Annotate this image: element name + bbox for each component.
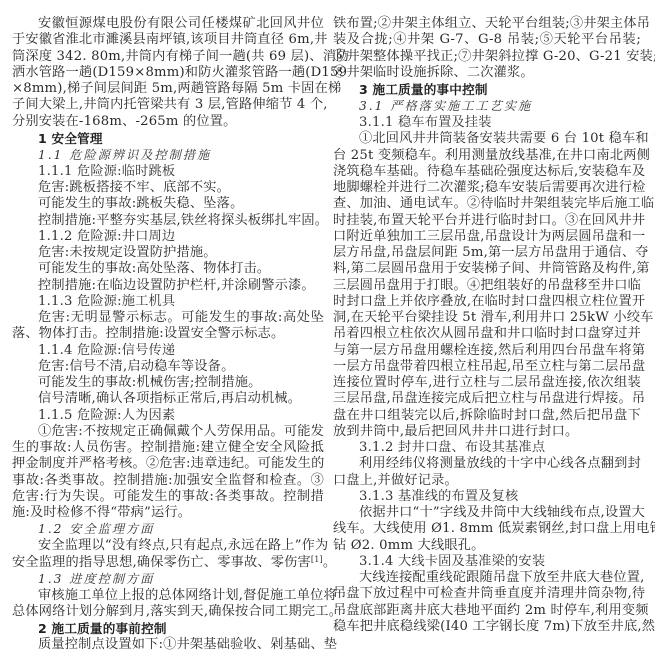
left-column: 安徽恒源煤电股份有限公司任楼煤矿北回风井位 于安徽省淮北市濉溪县南坪镇,该项目井… — [12, 16, 324, 654]
paragraph-line: 放到井筒中,最后把回风井井口进行封口。 — [333, 424, 641, 440]
paragraph-line: 查、加油、通电试车。②待临时井架组装完毕后施工临 — [333, 196, 641, 212]
subsubsection-heading: 1.1.4 危险源:信号传递 — [12, 343, 324, 359]
paragraph-line: 地脚螺栓并进行二次灌浆;稳车安装后需要再次进行检 — [333, 180, 641, 196]
paragraph-line: 口附近单独加工三层吊盘,吊盘设计为两层圆吊盘和一 — [333, 229, 641, 245]
subsection-heading: 1.2 安全监理方面 — [12, 521, 324, 538]
subsubsection-heading: 1.1.5 危险源:人为因素 — [12, 408, 324, 424]
paragraph-line: ⑧井架临时设施拆除、二次灌浆。 — [333, 65, 641, 81]
subsection-heading: 1.1 危险源辨识及控制措施 — [12, 147, 324, 164]
subsubsection-heading: 3.1.2 封井口盘、布设其基准点 — [333, 440, 641, 456]
subsubsection-heading: 3.1.1 稳车布置及挂装 — [333, 115, 641, 131]
paragraph-line: 装及合拢;④井架 G-7、G-8 吊装;⑤天轮平台吊装; — [333, 32, 641, 48]
citation-ref[interactable]: [1] — [311, 555, 323, 564]
paragraph-line: 稳车把井底稳线梁(I40 工字钢长度 7m)下放至井底,然 — [333, 619, 641, 635]
paragraph-line: 危害:未按规定设置防护措施。 — [12, 245, 324, 261]
paragraph-line: 安徽恒源煤电股份有限公司任楼煤矿北回风井位 — [12, 16, 324, 32]
paragraph-line: 押金制度并严格考核。②危害:违章违纪。可能发生的 — [12, 456, 324, 472]
paragraph-line: 施:及时检修不得“带病”运行。 — [12, 505, 324, 521]
paragraph-line: 危害:行为失误。可能发生的事故:各类事故。控制措 — [12, 489, 324, 505]
paragraph-line: 危害:无明显警示标志。可能发生的事故:高处坠 — [12, 310, 324, 326]
paragraph-line: 可能发生的事故:高处坠落、物体打击。 — [12, 261, 324, 277]
paragraph-line: ×8mm),梯子间层间距 5m,两趟管路每隔 5m 卡固在梯 — [12, 81, 324, 97]
paragraph-line: 落、物体打击。控制措施:设置安全警示标志。 — [12, 326, 324, 342]
paragraph-line: 大线连接配重线砣跟随吊盘下放至井底大巷位置, — [333, 570, 641, 586]
paragraph-line: 可能发生的事故:机械伤害;控制措施。 — [12, 375, 324, 391]
subsubsection-heading: 1.1.1 危险源:临时跳板 — [12, 164, 324, 180]
paragraph-line: 危害:信号不清,启动稳车等设备。 — [12, 359, 324, 375]
paragraph-line: 可能发生的事故:跳板失稳、坠落。 — [12, 196, 324, 212]
paragraph-line: 铁布置;②井架主体组立、天轮平台组装;③井架主体吊 — [333, 16, 641, 32]
paragraph-line: ①北回风井井筒装备安装共需要 6 台 10t 稳车和 1 — [333, 131, 641, 147]
paragraph-line: 信号清晰,确认各项指标正常后,再启动机械。 — [12, 391, 324, 407]
paragraph-line: 利用经纬仪将测量放线的十字中心线各点翻到封 — [333, 456, 641, 472]
paragraph-text: 安全监理的指导思想,确保零伤亡、零事故、零伤害 — [12, 555, 311, 570]
subsubsection-heading: 1.1.2 危险源:井口周边 — [12, 229, 324, 245]
paragraph-line: 安全监理的指导思想,确保零伤亡、零事故、零伤害[1]。 — [12, 555, 324, 571]
paragraph-line: 层方吊盘,吊盘层间距 5m,第一层方吊盘用于通信、夺 — [333, 245, 641, 261]
paragraph-line: 总体网络计划分解到月,落实到天,确保按合同工期完工。 — [12, 604, 324, 620]
paragraph-line: 线车。大线使用 Ø1. 8mm 低炭素钢丝,封口盘上用电钻 — [333, 521, 641, 537]
paragraph-line: 时挂装,布置天轮平台并进行临时封口。③在回风井井 — [333, 213, 641, 229]
paragraph-line: 洞,在天轮平台梁挂设 5t 滑车,利用井口 25kW 小绞车 — [333, 310, 641, 326]
subsubsection-heading: 3.1.3 基准线的布置及复核 — [333, 489, 641, 505]
paragraph-line: 连接位置时停车,进行立柱与二层吊盘连接,依次组装 — [333, 375, 641, 391]
section-heading: 2 施工质量的事前控制 — [12, 620, 324, 637]
paragraph-line: 浇筑稳车基础。待稳车基础砼强度达标后,安装稳车及 — [333, 164, 641, 180]
right-column: 铁布置;②井架主体组立、天轮平台组装;③井架主体吊 装及合拢;④井架 G-7、G… — [333, 16, 641, 635]
paragraph-line: 于安徽省淮北市濉溪县南坪镇,该项目井筒直径 6m,井 — [12, 32, 324, 48]
paragraph-line: 审核施工单位上报的总体网络计划,督促施工单位将 — [12, 588, 324, 604]
paragraph-line: 事故:各类事故。控制措施:加强安全监督和检查。③ — [12, 473, 324, 489]
paragraph-line: 台 25t 变频稳车。利用测量放线基准,在井口南北两侧 — [333, 148, 641, 164]
paragraph-line: 吊盘下放过程中可检查井筒垂直度并清理井筒杂物,待 — [333, 586, 641, 602]
paragraph-line: 控制措施:平整夯实基层,铁丝将探头板绑扎牢固。 — [12, 213, 324, 229]
paragraph-line: 吊盘底部距离井底大巷地平面约 2m 时停车,利用变频 — [333, 603, 641, 619]
paragraph-line: ⑥井架整体操平找正;⑦井架斜拉撑 G-20、G-21 安装; — [333, 49, 641, 65]
paragraph-line: 分别安装在-168m、-265m 的位置。 — [12, 114, 324, 130]
subsection-heading: 1.3 进度控制方面 — [12, 571, 324, 588]
paragraph-line: 安全监理以“没有终点,只有起点,永远在路上”作为 — [12, 538, 324, 554]
section-heading: 1 安全管理 — [12, 130, 324, 147]
subsubsection-heading: 3.1.4 大线卡固及基准梁的安装 — [333, 554, 641, 570]
paragraph-line: 料,第二层圆吊盘用于安装梯子间、井筒管路及构件,第 — [333, 261, 641, 277]
subsubsection-heading: 1.1.3 危险源:施工机具 — [12, 294, 324, 310]
subsection-heading: 3.1 严格落实施工工艺实施 — [333, 98, 641, 115]
paragraph-line: 子间大梁上,井筒内托管梁共有 3 层,管路伸缩节 4 个, — [12, 97, 324, 113]
paragraph-line: 生的事故:人员伤害。控制措施:建立健全安全风险抵 — [12, 440, 324, 456]
paragraph-line: 与第一层方吊盘用螺栓连接,然后利用四台吊盘车将第 — [333, 343, 641, 359]
paragraph-line: 吊着四根立柱依次从圆吊盘和井口临时封口盘穿过并 — [333, 326, 641, 342]
paragraph-line: 依据井口“十”字线及井筒中大线轴线布点,设置大 — [333, 505, 641, 521]
paragraph-line: ①危害:不按规定正确佩戴个人劳保用品。可能发 — [12, 424, 324, 440]
paragraph-line: 三层圆吊盘用于打眼。④把组装好的吊盘移至井口临 — [333, 278, 641, 294]
paragraph-line: 一层方吊盘带着四根立柱吊起,吊至立柱与第二层吊盘 — [333, 359, 641, 375]
paragraph-line: 时封口盘上并依序叠放,在临时封口盘四根立柱位置开 — [333, 294, 641, 310]
paragraph-line: 洒水管路一趟(D159×8mm)和防火灌浆管路一趟(D159 — [12, 65, 324, 81]
paragraph-line: 筒深度 342. 80m,井筒内有梯子间一趟(共 69 层)、消防 — [12, 49, 324, 65]
paragraph-line: 钻 Ø2. 0mm 大线眼孔。 — [333, 538, 641, 554]
paragraph-line: 三层吊盘,吊盘连接完成后把立柱与吊盘进行焊接。吊 — [333, 391, 641, 407]
section-heading: 3 施工质量的事中控制 — [333, 81, 641, 98]
paragraph-line: 盘在井口组装完以后,拆除临时封口盘,然后把吊盘下 — [333, 408, 641, 424]
paragraph-line: 控制措施:在临边设置防护栏杆,并涂刷警示漆。 — [12, 278, 324, 294]
paragraph-line: 质量控制点设置如下:①井架基础验收、剁基础、垫 — [12, 637, 324, 653]
paragraph-line: 口盘上,并做好记录。 — [333, 473, 641, 489]
paragraph-line: 危害:跳板搭接不牢、底部不实。 — [12, 180, 324, 196]
